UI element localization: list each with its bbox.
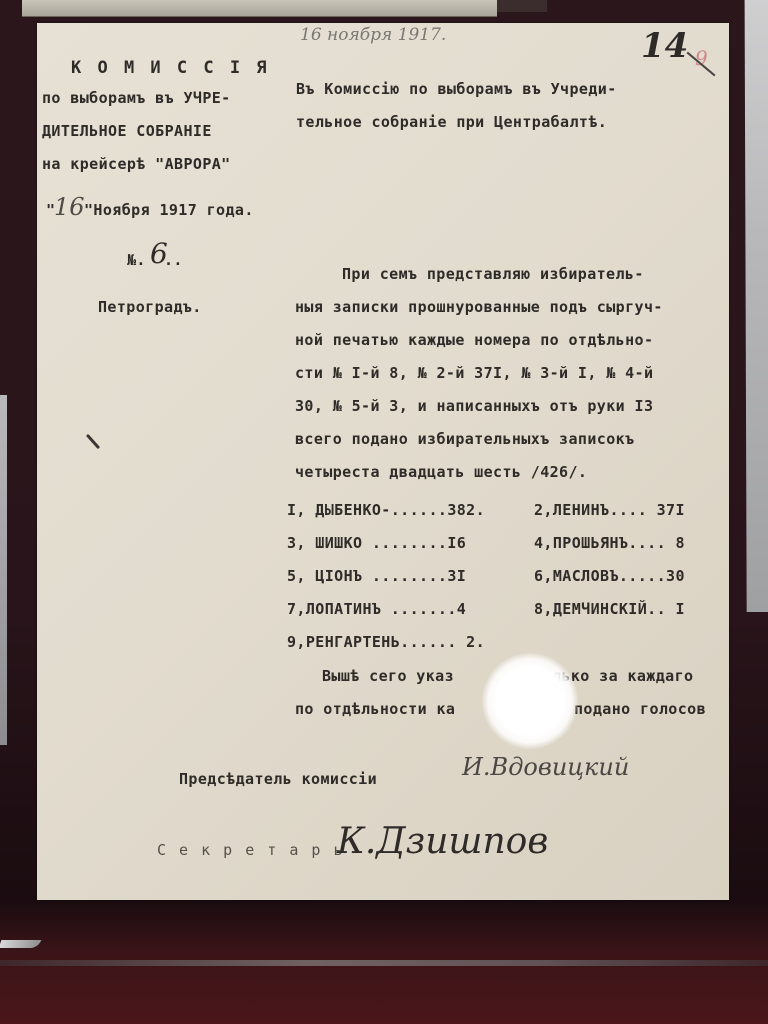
letterhead-title: К О М И С С І Я [71, 60, 270, 77]
pen-mark [86, 434, 100, 449]
closing-line-left: Вышѣ сего указ [322, 669, 454, 684]
adjacent-photograph-left [0, 395, 7, 745]
closing-line-right: подано голосов [574, 702, 706, 717]
frame-shadow [497, 0, 547, 12]
addressee-line: Въ Комиссію по выборамъ въ Учреди- [296, 82, 617, 97]
result-left: 3, ШИШКО ........I6 [287, 536, 466, 551]
addressee-line: тельное собраніе при Центрабалтѣ. [296, 115, 607, 130]
result-left: 5, ЦІОНЪ ........3I [287, 569, 466, 584]
letterhead-line: на крейсерѣ "АВРОРА" [42, 157, 231, 172]
result-left: 9,РЕНГАРТЕНЬ...... 2. [287, 635, 485, 650]
chairman-signature: И.Вдовицкий [462, 753, 629, 781]
letterhead-line: ДИТЕЛЬНОЕ СОБРАНІЕ [42, 124, 212, 139]
body-line: всего подано избирательныхъ записокъ [295, 432, 635, 447]
result-right: 8,ДЕМЧИНСКІЙ.. I [534, 602, 685, 617]
secretary-signature: К.Дзишпов [337, 821, 548, 862]
archive-number-mark: 14 [641, 26, 688, 66]
number-label: №. [127, 253, 146, 268]
handwritten-day: 16 [54, 193, 85, 221]
result-right: 2,ЛЕНИНЪ.... 37I [534, 503, 685, 518]
chairman-label: Предсѣдатель комиссіи [179, 772, 377, 787]
number-dots: .. [164, 253, 183, 268]
handwritten-date: 16 ноября 1917. [300, 25, 446, 45]
body-line: четыреста двадцать шесть /426/. [295, 465, 587, 480]
body-line: При семъ представляю избиратель- [342, 267, 644, 282]
adjacent-document-edge [22, 0, 497, 17]
body-line: ныя записки прошнурованные подъ сыргуч- [295, 300, 663, 315]
display-rail [0, 960, 768, 966]
date-text: "Ноября 1917 года. [84, 203, 254, 218]
closing-line-left: по отдѣльности ка [295, 702, 455, 717]
letterhead-line: по выборамъ въ УЧРЕ- [42, 91, 231, 106]
result-left: 7,ЛОПАТИНЪ .......4 [287, 602, 466, 617]
light-glare [482, 653, 578, 749]
body-line: 30, № 5-й 3, и написанныхъ отъ руки I3 [295, 399, 653, 414]
body-line: сти № I-й 8, № 2-й 37I, № 3-й I, № 4-й [295, 366, 653, 381]
result-right: 6,МАСЛОВЪ.....30 [534, 569, 685, 584]
archival-document: 16 ноября 1917. 14 9 К О М И С С І Я по … [37, 23, 729, 900]
letterhead-city: Петроградъ. [98, 300, 202, 315]
secretary-label: С е к р е т а р ь [157, 843, 345, 858]
result-right: 4,ПРОШЬЯНЪ.... 8 [534, 536, 685, 551]
result-left: I, ДЫБЕНКО-......382. [287, 503, 485, 518]
body-line: ной печатью каждые номера по отдѣльно- [295, 333, 653, 348]
